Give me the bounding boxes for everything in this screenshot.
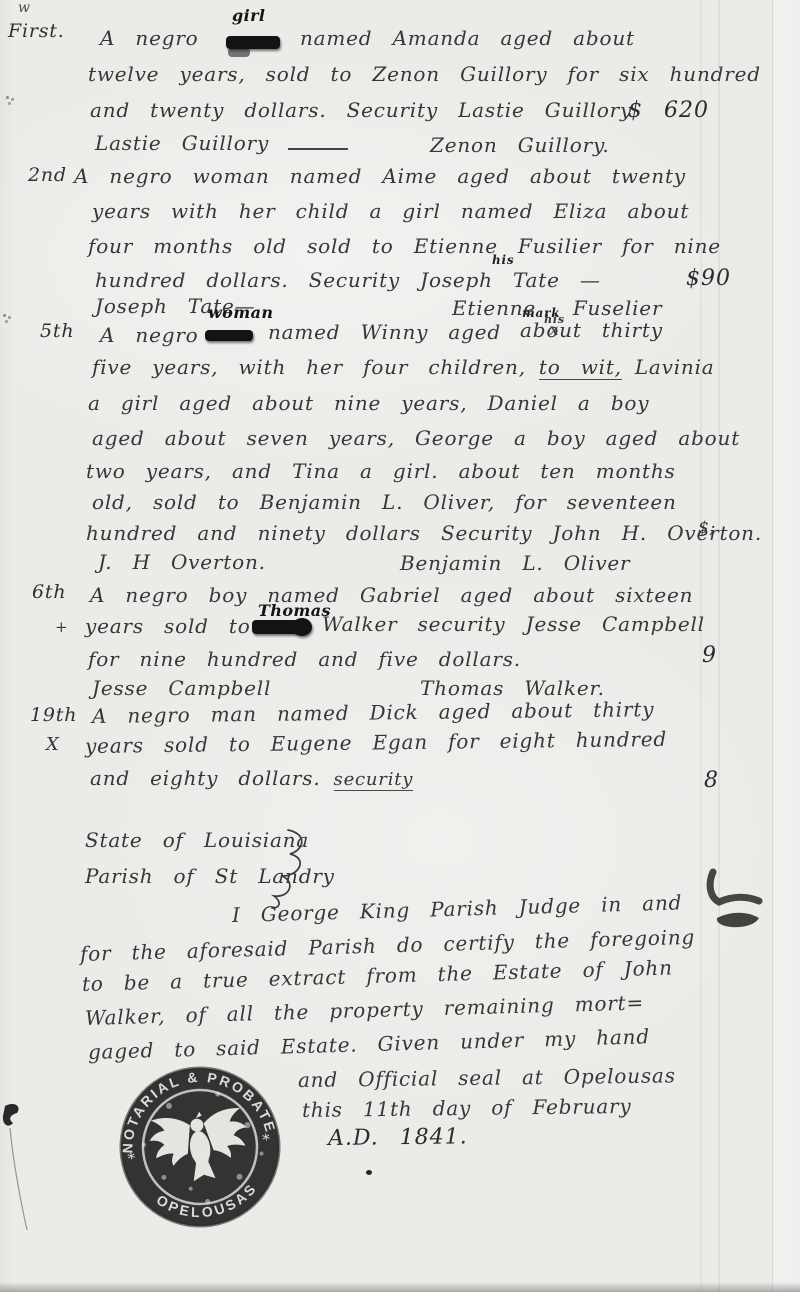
entry5-line3: a girl aged about nine years, Daniel a b… (88, 391, 649, 415)
entry5-signature-left: J. H Overton. (98, 550, 266, 574)
cert-date-line: A.D. 1841. (328, 1124, 468, 1151)
cert-line7: this 11th day of February (302, 1094, 632, 1122)
entry6-margin-plus: + (55, 618, 68, 636)
cert-line5: gaged to said Estate. Given under my han… (88, 1024, 651, 1064)
entry1-line2: twelve years, sold to Zenon Guillory for… (88, 62, 761, 86)
entry1-line1-pre: A negro (100, 26, 199, 50)
ink-blot-left-edge (0, 1098, 45, 1248)
entry5-line2: five years, with her four children,to wi… (92, 355, 715, 379)
entry5-line2c: Lavinia (635, 355, 715, 379)
brace-squiggle (262, 826, 332, 912)
entry1-line3: and twenty dollars. Security Lastie Guil… (90, 98, 632, 122)
entry6-number: 6th (32, 581, 66, 603)
entry5-line4: aged about seven years, George a boy age… (92, 426, 740, 450)
entry1-signature-right: Zenon Guillory. (430, 133, 610, 157)
entry5-signature-right: Benjamin L. Oliver (400, 551, 630, 575)
entry5-line2a: five years, with her four children, (92, 355, 526, 379)
scanned-document-page: w First. A negro girl named Amanda aged … (0, 0, 800, 1292)
entry5-number: 5th (40, 320, 74, 342)
entry5-line1-post: about thirty (520, 318, 663, 342)
cert-line4: Walker, of all the property remaining mo… (85, 990, 645, 1030)
entry19-margin-x: X (46, 734, 60, 755)
entry2-interline-his: his (492, 253, 514, 267)
entry5-line7-end: $; (698, 518, 716, 538)
entry5-line1-pre: A negro (100, 323, 199, 347)
entry19-line3a: and eighty dollars. (90, 766, 321, 790)
entry1-inserted-word: girl (232, 6, 265, 25)
entry6-line2-pre: years sold to (85, 614, 251, 638)
ink-transfer-marks (703, 866, 778, 941)
entry2-number: 2nd (28, 164, 67, 186)
signature-dash (288, 148, 348, 150)
entry6-line3: for nine hundred and five dollars. (88, 647, 521, 671)
margin-scribble: w (18, 0, 30, 16)
entry19-line1: A negro man named Dick aged about thirty (92, 697, 655, 728)
entry5-line6: old, sold to Benjamin L. Oliver, for sev… (92, 490, 677, 514)
signer-last-name: Fuselier (573, 296, 662, 320)
entry6-signature-left: Jesse Campbell (92, 676, 271, 700)
ink-blot (292, 618, 312, 636)
entry5-inserted-word: woman (208, 303, 273, 322)
entry19-margin-number: 8 (704, 768, 719, 793)
scan-edge-shadow (0, 1282, 800, 1292)
entry2-line2: years with her child a girl named Eliza … (92, 199, 689, 223)
entry5-line2b-underlined: to wit, (539, 355, 622, 380)
notarial-seal: NOTARIAL & PROBATE OPELOUSAS * * (104, 1051, 296, 1243)
entry6-line2-post: Walker security Jesse Campbell (322, 612, 705, 636)
entry19-line3b-underlined: security (334, 769, 414, 791)
entry1-amount: $ 620 (628, 98, 709, 123)
entry2-amount: $90 (686, 266, 731, 291)
fold-crease (718, 0, 720, 1292)
entry5-line5: two years, and Tina a girl. about ten mo… (86, 459, 676, 483)
entry6-line1: A negro boy named Gabriel aged about six… (90, 583, 693, 607)
ink-specks (3, 314, 6, 317)
ink-specks (6, 96, 9, 99)
ink-strikeout-smudge (228, 48, 250, 57)
entry1-number: First. (8, 20, 65, 42)
entry1-line1-post: named Amanda aged about (300, 26, 635, 50)
ink-dot (366, 1170, 372, 1175)
entry2-line3: four months old sold to Etienne Fusilier… (88, 234, 721, 258)
entry19-number: 19th (30, 704, 77, 726)
entry19-line3: and eighty dollars.security (90, 766, 413, 790)
cert-line6: and Official seal at Opelousas (298, 1063, 676, 1092)
entry19-line2: years sold to Eugene Egan for eight hund… (85, 727, 667, 758)
entry2-line4: hundred dollars. Security Joseph Tate — (95, 268, 601, 292)
entry6-signature-right: Thomas Walker. (420, 676, 605, 700)
entry5-line1-mid: named Winny aged (268, 320, 501, 344)
paper-edge-strip (773, 0, 800, 1292)
entry1-signature-left: Lastie Guillory (95, 131, 269, 155)
entry5-line7: hundred and ninety dollars Security John… (86, 521, 762, 545)
entry6-margin-number: 9 (702, 643, 717, 668)
entry6-inserted-word: Thomas (258, 601, 331, 620)
ink-strikeout (205, 330, 253, 341)
entry2-line1: A negro woman named Aime aged about twen… (74, 164, 686, 188)
